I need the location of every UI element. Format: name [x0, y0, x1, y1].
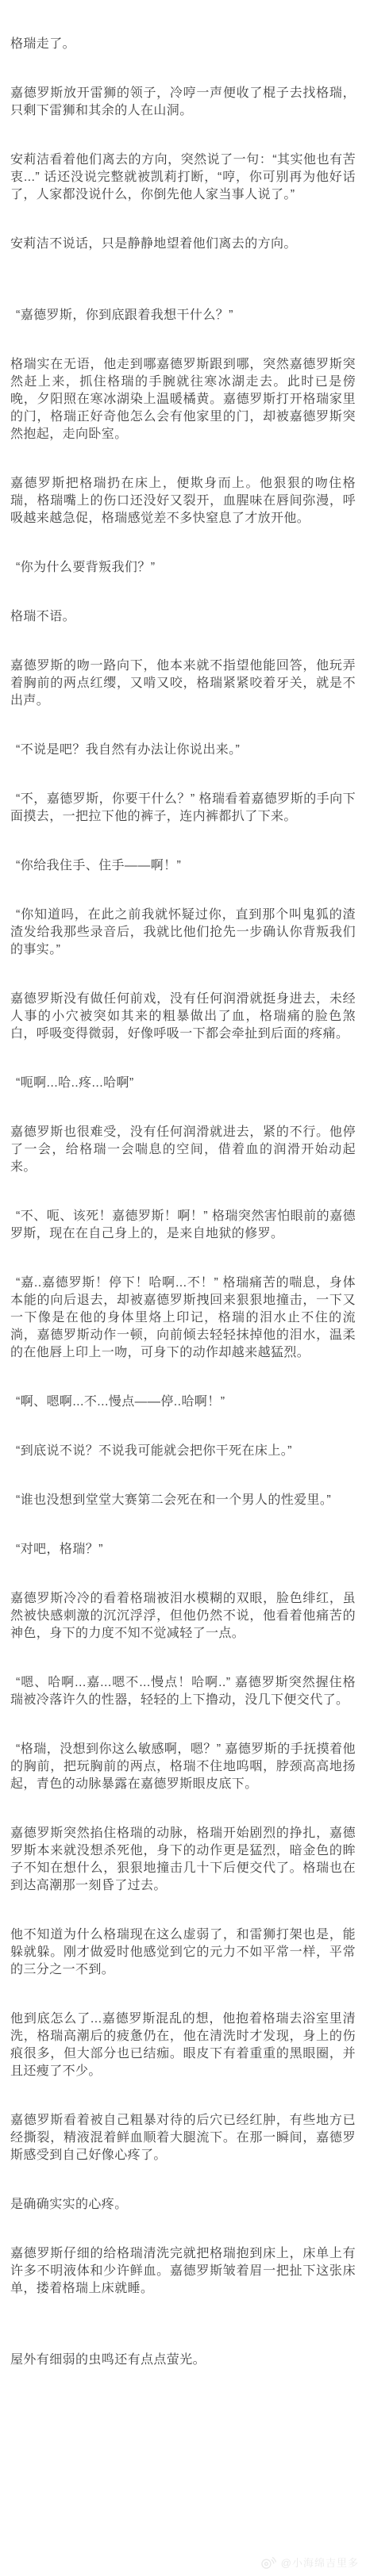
narration-paragraph: 嘉德罗斯冷冷的看着格瑞被泪水模糊的双眼，脸色绯红，虽然被快感刺激的沉沉浮浮，但他…: [10, 1590, 356, 1643]
narration-paragraph: 安莉洁不说话，只是静静地望着他们离去的方向。: [10, 236, 356, 253]
narration-paragraph: 他到底怎么了...嘉德罗斯混乱的想，他抱着格瑞去浴室里清洗，格瑞高潮后的疲惫仍在…: [10, 2011, 356, 2080]
dialogue-paragraph: “不、呃、该死！嘉德罗斯！啊！” 格瑞突然害怕眼前的嘉德罗斯，现在在自己身上的，…: [10, 1208, 356, 1243]
dialogue-paragraph: “嘉德罗斯，你到底跟着我想干什么？”: [10, 307, 356, 324]
dialogue-paragraph: “你知道吗，在此之前我就怀疑过你，直到那个叫鬼狐的渣渣发给我那些录音后，我就比他…: [10, 907, 356, 959]
narration-paragraph: 他不知道为什么格瑞现在这么虚弱了，和雷狮打架也是，能躲就躲。刚才做爱时他感觉到它…: [10, 1926, 356, 1979]
narration-paragraph: 嘉德罗斯的吻一路向下，他本来就不指望他能回答，他玩弄着胸前的两点红缨，又啃又咬，…: [10, 657, 356, 710]
dialogue-paragraph: “你为什么要背叛我们？”: [10, 559, 356, 577]
dialogue-paragraph: “谁也没想到堂堂大赛第二会死在和一个男人的性爱里。”: [10, 1492, 356, 1509]
narration-paragraph: 格瑞不语。: [10, 608, 356, 626]
narration-paragraph: 屋外有细弱的虫鸣还有点点萤光。: [10, 2352, 356, 2369]
dialogue-paragraph: “不说是吧？我自然有办法让你说出来。”: [10, 742, 356, 759]
dialogue-paragraph: “啊、嗯啊...不...慢点——停..哈啊！”: [10, 1393, 356, 1411]
weibo-eye-icon: [260, 2555, 277, 2570]
dialogue-paragraph: “嗯、哈啊...嘉...嗯不...慢点！哈啊..” 嘉德罗斯突然握住格瑞被冷落许…: [10, 1674, 356, 1709]
narration-paragraph: 嘉德罗斯突然掐住格瑞的动脉，格瑞开始剧烈的挣扎，嘉德罗斯本来就没想杀死他，身下的…: [10, 1825, 356, 1895]
narration-paragraph: 嘉德罗斯看着被自己粗暴对待的后穴已经红肿，有些地方已经撕裂，精液混着鲜血顺着大腿…: [10, 2112, 356, 2164]
dialogue-paragraph: “你给我住手、住手——啊！”: [10, 857, 356, 875]
narration-paragraph: 嘉德罗斯把格瑞扔在床上，便欺身而上。他狠狠的吻住格瑞，格瑞嘴上的伤口还没好又裂开…: [10, 475, 356, 527]
watermark: @小海绵吉里多: [260, 2555, 359, 2570]
dialogue-paragraph: “到底说不说？不说我可能就会把你干死在床上。”: [10, 1443, 356, 1460]
dialogue-paragraph: “不，嘉德罗斯，你要干什么？” 格瑞看着嘉德罗斯的手向下面摸去，一把拉下他的裤子…: [10, 791, 356, 826]
narration-paragraph: 嘉德罗斯没有做任何前戏，没有任何润滑就挺身进去，未经人事的小穴被突如其来的粗暴做…: [10, 991, 356, 1043]
narration-paragraph: 是确确实实的心疼。: [10, 2196, 356, 2214]
dialogue-paragraph: “呃啊...哈..疼...哈啊”: [10, 1075, 356, 1092]
narration-paragraph: 嘉德罗斯放开雷狮的领子，冷哼一声便收了棍子去找格瑞，只剩下雷狮和其余的人在山洞。: [10, 85, 356, 120]
dialogue-paragraph: “对吧，格瑞？”: [10, 1541, 356, 1558]
narration-paragraph: 嘉德罗斯也很难受，没有任何润滑就进去，紧的不行。他停了一会，给格瑞一会喘息的空间…: [10, 1124, 356, 1176]
dialogue-paragraph: “格瑞，没想到你这么敏感啊，嗯？” 嘉德罗斯的手抚摸着他的胸前，把玩胸前的两点，…: [10, 1741, 356, 1793]
watermark-username: @小海绵吉里多: [281, 2555, 359, 2570]
narration-paragraph: 格瑞实在无语，他走到哪嘉德罗斯跟到哪，突然嘉德罗斯突然赶上来，抓住格瑞的手腕就往…: [10, 356, 356, 443]
narration-paragraph: 安莉洁看着他们离去的方向，突然说了一句：“其实他也有苦衷...” 话还没说完整就…: [10, 151, 356, 204]
story-text: 格瑞走了。嘉德罗斯放开雷狮的领子，冷哼一声便收了棍子去找格瑞，只剩下雷狮和其余的…: [0, 0, 366, 2369]
narration-paragraph: 嘉德罗斯仔细的给格瑞清洗完就把格瑞抱到床上，床单上有许多不明液体和少许鲜血。嘉德…: [10, 2245, 356, 2298]
narration-paragraph: 格瑞走了。: [10, 36, 356, 53]
dialogue-paragraph: “嘉..嘉德罗斯！停下！哈啊...不！” 格瑞痛苦的喘息，身体本能的向后退去，却…: [10, 1275, 356, 1362]
